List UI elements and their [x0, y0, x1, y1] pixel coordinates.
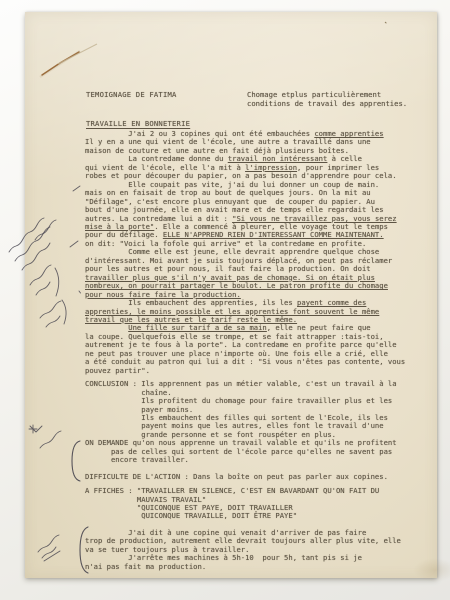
- typed-paragraph: La contredame donne du travail non intér…: [85, 155, 430, 180]
- subject-block: Chomage etplus particulièrementcondition…: [247, 90, 407, 108]
- typed-paragraph: Ils embauchent des apprenties, ils les p…: [85, 299, 430, 324]
- document-page: TEMOIGNAGE DE FATIMA Chomage etplus part…: [25, 12, 437, 578]
- typed-paragraph: Une fille sur tarif a de sa main, elle n…: [85, 324, 430, 375]
- section-heading: TRAVAILLE EN BONNETERIE: [86, 119, 190, 128]
- typed-paragraph: J'ai 2 ou 3 copines qui ont été embauché…: [85, 130, 430, 155]
- typed-paragraph: DIFFICULTE DE L'ACTION : Dans la boîte o…: [85, 473, 430, 481]
- subject-line-1: Chomage etplus particulièrement: [247, 90, 381, 99]
- typed-paragraph: CONCLUSION : Ils apprennent pas un métie…: [85, 380, 430, 439]
- page-title: TEMOIGNAGE DE FATIMA: [86, 90, 177, 99]
- typed-paragraph: ON DEMANDE qu'on nous apprenne un travai…: [85, 439, 430, 464]
- typed-paragraph: Elle coupait pas vite, j'ai du lui donne…: [85, 181, 430, 249]
- typed-paragraph: Comme elle est jeune, elle devrait appre…: [85, 248, 430, 299]
- paper-stain: [413, 558, 450, 582]
- subject-line-2: conditions de travail des apprenties.: [247, 99, 407, 108]
- typed-body: J'ai 2 ou 3 copines qui ont été embauché…: [85, 130, 430, 571]
- typed-paragraph: A FFICHES : "TRAVAILLER EN SILENCE, C'ES…: [85, 487, 430, 521]
- typed-paragraph: J'ai dit à une copine qui venait d'arriv…: [85, 529, 430, 571]
- scan-background: TEMOIGNAGE DE FATIMA Chomage etplus part…: [0, 0, 450, 600]
